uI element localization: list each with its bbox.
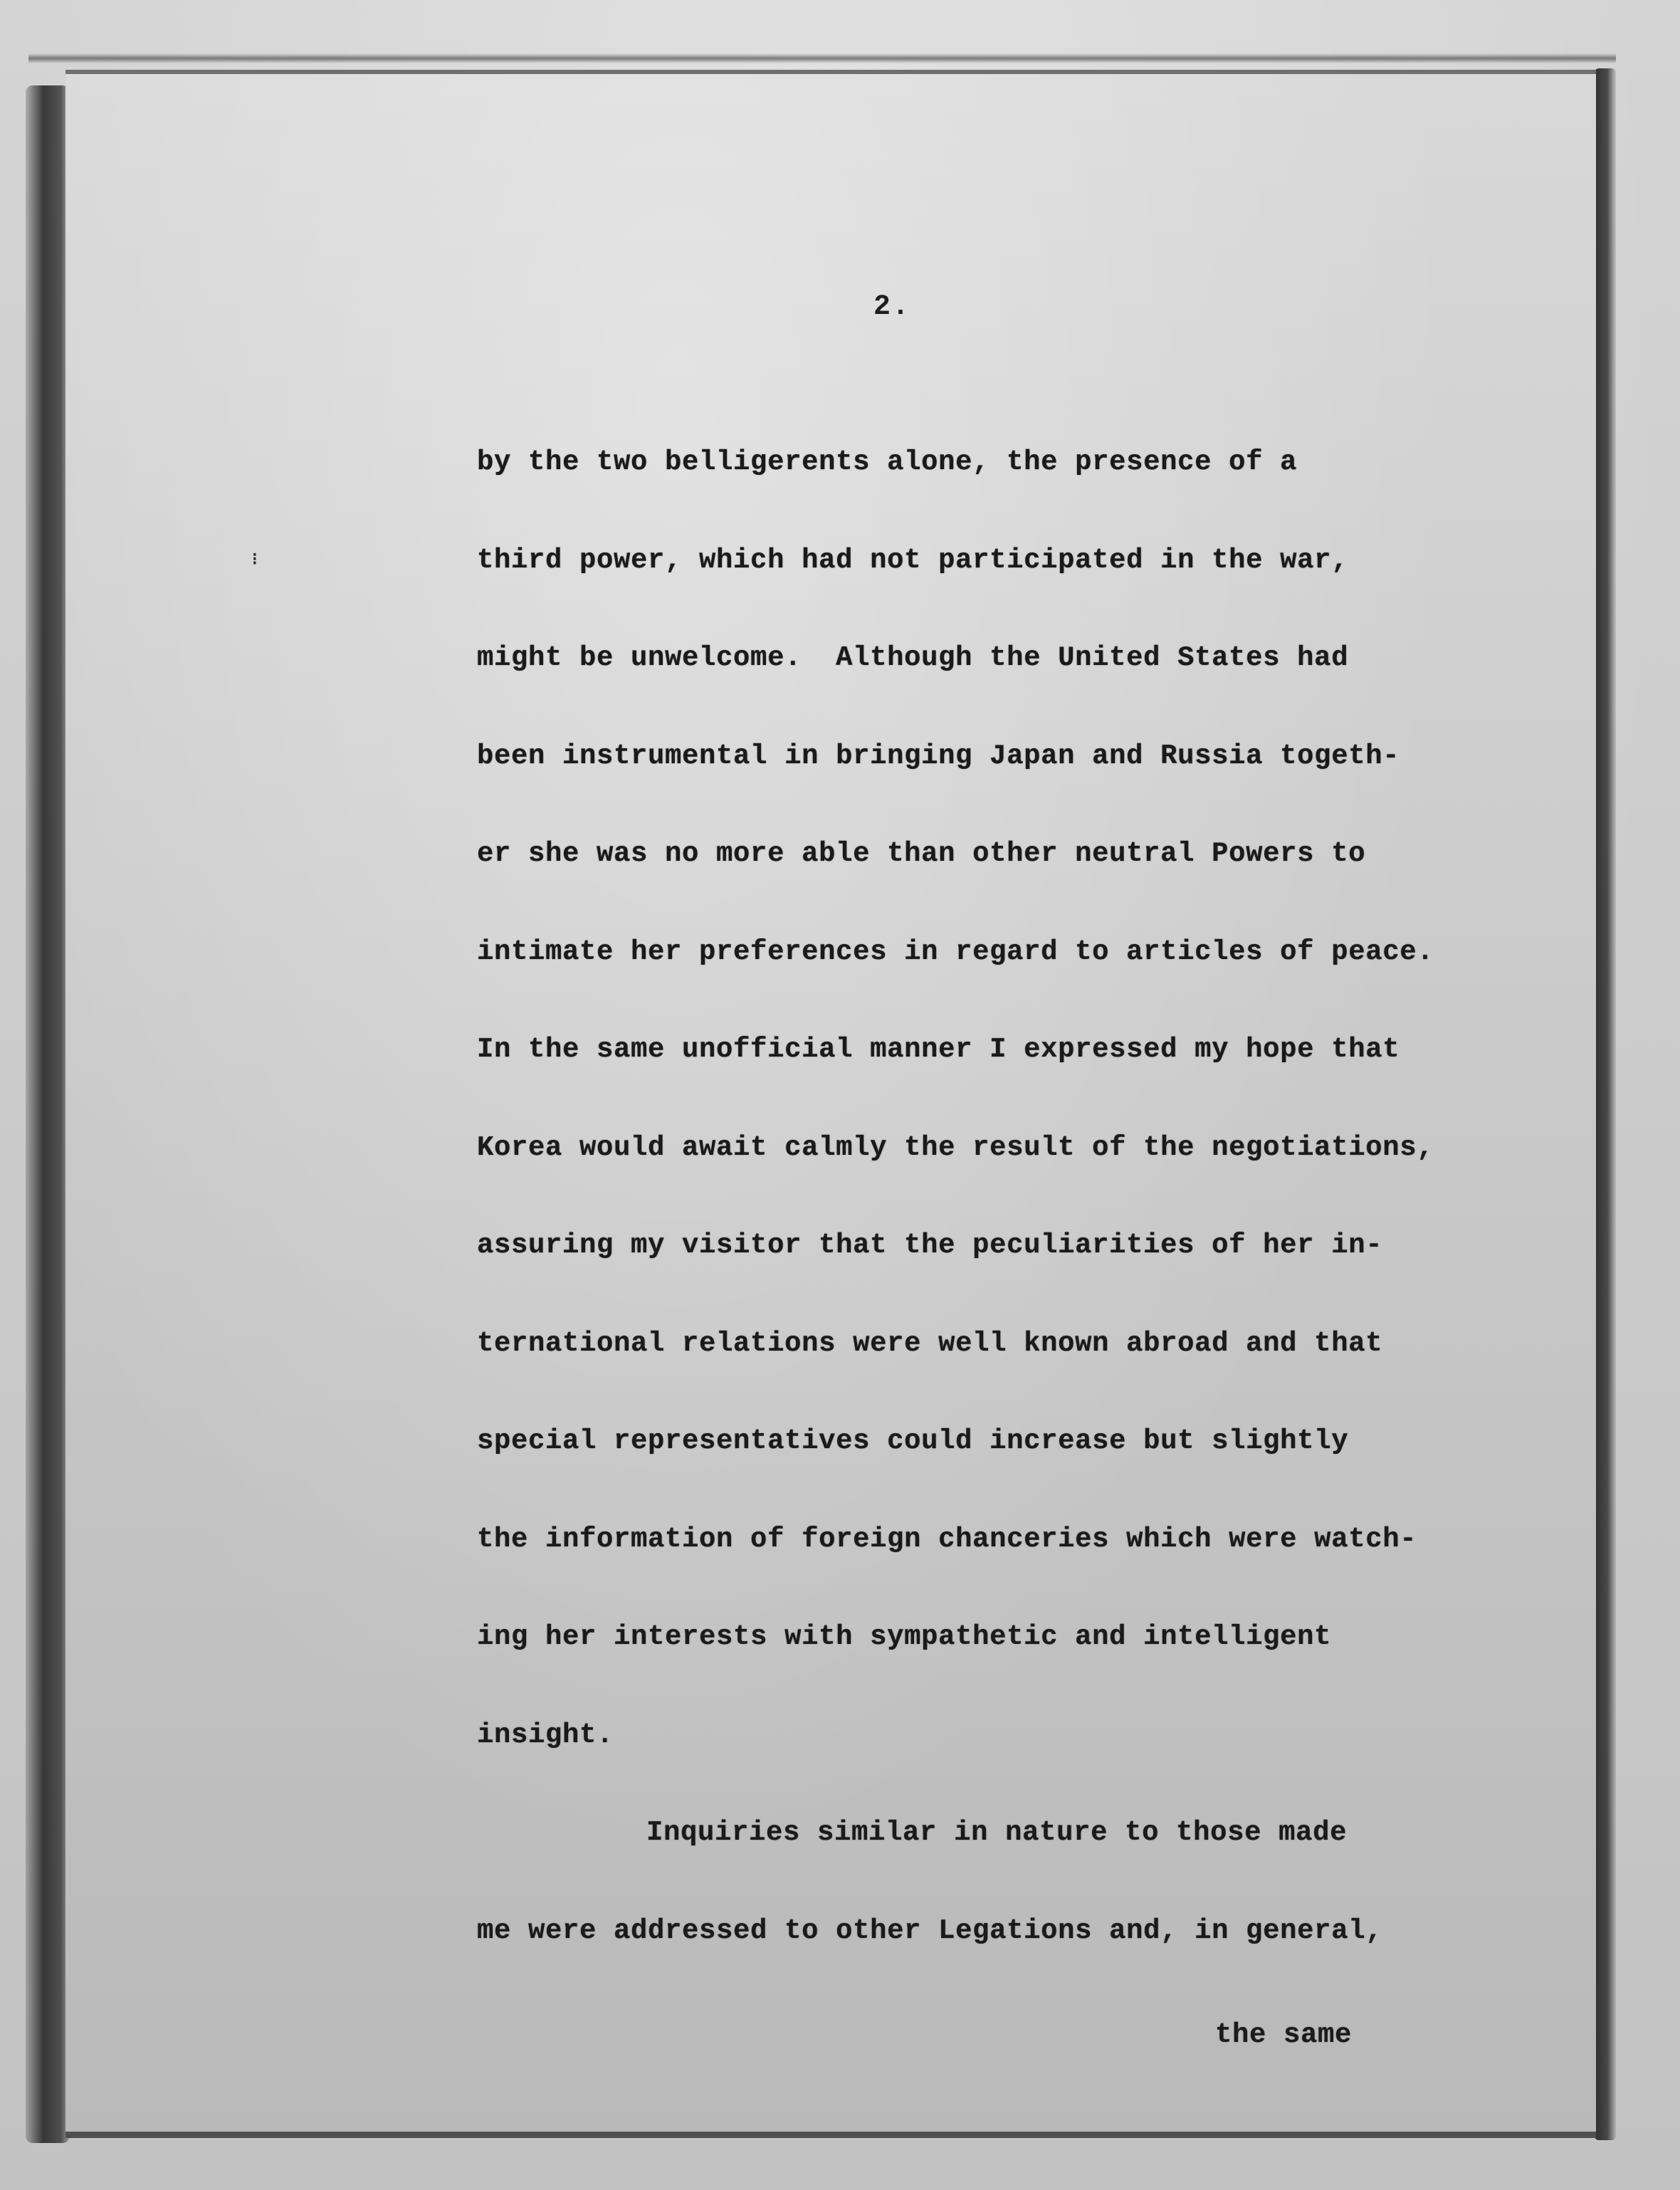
page-right-edge-shadow	[1595, 68, 1616, 2140]
text-line: been instrumental in bringing Japan and …	[477, 738, 1573, 837]
page-number: 2.	[873, 291, 910, 323]
text-line: er she was no more able than other neutr…	[477, 836, 1573, 934]
text-line: special representatives could increase b…	[477, 1423, 1573, 1521]
text-line: intimate her preferences in regard to ar…	[477, 934, 1573, 1032]
paragraph-start-line: Inquiries similar in nature to those mad…	[477, 1815, 1573, 1913]
catchword: the same	[1215, 2019, 1352, 2050]
text-line: In the same unofficial manner I expresse…	[477, 1032, 1573, 1130]
text-line: insight.	[477, 1717, 1573, 1816]
text-line: assuring my visitor that the peculiariti…	[477, 1227, 1573, 1326]
text-line: Korea would await calmly the result of t…	[477, 1130, 1573, 1228]
text-line: ternational relations were well known ab…	[477, 1326, 1573, 1424]
text-line: third power, which had not participated …	[477, 543, 1573, 641]
body-text: by the two belligerents alone, the prese…	[477, 444, 1573, 2011]
margin-mark: ⁝	[252, 555, 265, 567]
photo-backdrop-edge	[28, 53, 1616, 63]
text-line: me were addressed to other Legations and…	[477, 1913, 1573, 2011]
typewritten-page: 2. ⁝ by the two belligerents alone, the …	[65, 70, 1596, 2138]
text-line: the information of foreign chanceries wh…	[477, 1521, 1573, 1620]
text-line: by the two belligerents alone, the prese…	[477, 444, 1573, 543]
text-line: ing her interests with sympathetic and i…	[477, 1619, 1573, 1717]
page-left-edge-shadow	[26, 85, 70, 2143]
text-line: might be unwelcome. Although the United …	[477, 640, 1573, 738]
